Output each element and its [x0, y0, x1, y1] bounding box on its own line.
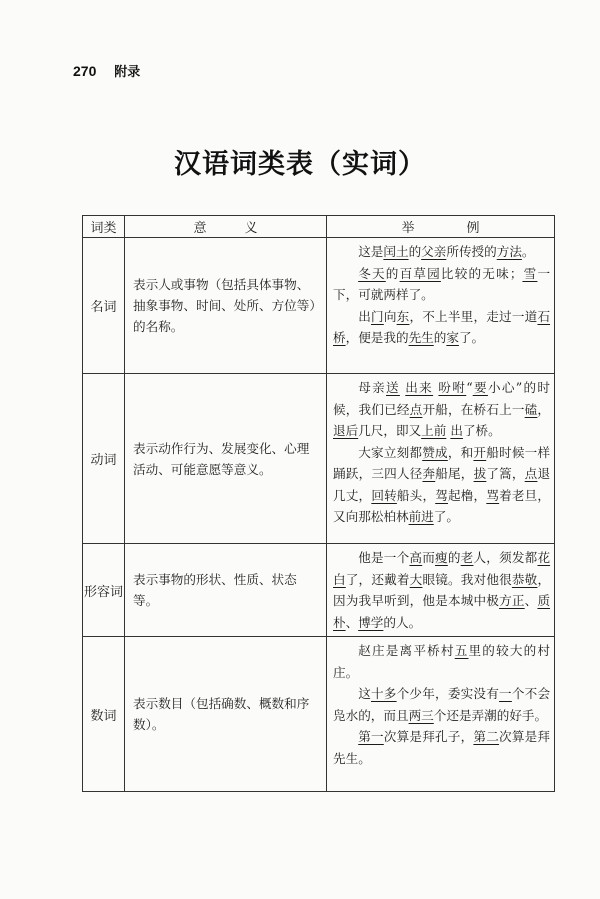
sentence-text: 所传授的 [446, 244, 496, 259]
example-sentence: 赵庄是离平桥村五里的较大的村庄。 [333, 640, 550, 683]
highlighted-word: 送 [386, 380, 400, 395]
sentence-text: 母亲 [358, 380, 386, 395]
highlighted-word: 退后 [333, 423, 358, 438]
sentence-text: 大家立刻都 [358, 445, 422, 460]
sentence-text: 个还是弄潮的好手。 [434, 708, 547, 723]
running-header: 270 附录 [73, 61, 140, 80]
example-sentence: 这十多个少年，委实没有一个不会凫水的，而且两三个还是弄潮的好手。 [333, 683, 550, 726]
sentence-text: 、 [525, 593, 538, 608]
sentence-text: 眼镜。我对他很 [422, 572, 511, 587]
column-header-meaning: 意义 [125, 216, 327, 238]
sentence-text: ，三四人径 [359, 466, 423, 481]
example-sentence: 大家立刻都赞成，和开船时候一样踊跃，三四人径奔船尾，拔了篙，点退几丈，回转船头，… [333, 442, 550, 528]
category-cell: 名词 [83, 238, 125, 374]
highlighted-word: 奔 [422, 466, 435, 481]
sentence-text: 踊跃 [333, 466, 359, 481]
sentence-text: 个少年，委实没有 [397, 686, 499, 701]
highlighted-word: 雪 [522, 266, 537, 281]
example-sentence: 第一次算是拜孔子，第二次算是拜先生。 [333, 726, 550, 769]
highlighted-word: 开 [473, 445, 486, 460]
examples-cell: 他是一个高而瘦的老人，须发都花白了，还戴着大眼镜。我对他很恭敬，因为我早听到，他… [327, 544, 555, 637]
highlighted-word: 前进 [409, 509, 434, 524]
word-class-table: 词类 意义 举例 名词 表示人或事物（包括具体事物、抽象事物、时间、处所、方位等… [82, 215, 555, 792]
example-sentence: 母亲送 出来 吩咐“要小心”的时候，我们已经点开船，在桥石上一磕，退后几尺，即又… [333, 377, 550, 442]
examples-cell: 赵庄是离平桥村五里的较大的村庄。这十多个少年，委实没有一个不会凫水的，而且两三个… [327, 637, 555, 792]
sentence-text: 的人。 [383, 615, 421, 630]
column-header-meaning-label: 意义 [193, 221, 295, 236]
highlighted-word: 一 [499, 686, 512, 701]
highlighted-word: 五 [455, 643, 469, 658]
sentence-text: 的 [386, 266, 400, 281]
highlighted-word: 驾 [435, 488, 448, 503]
highlighted-word: 磕 [525, 402, 538, 417]
sentence-text: 他是一个 [358, 550, 409, 565]
sentence-text: 了篙， [486, 466, 524, 481]
sentence-text: 了，还戴着 [346, 572, 410, 587]
highlighted-word: 高 [409, 550, 422, 565]
sentence-text: 的 [409, 244, 422, 259]
highlighted-word: 第一 [358, 729, 384, 744]
sentence-text: 而 [422, 550, 435, 565]
highlighted-word: 博学 [358, 615, 383, 630]
highlighted-word: 大 [410, 572, 423, 587]
example-sentence: 他是一个高而瘦的老人，须发都花白了，还戴着大眼镜。我对他很恭敬，因为我早听到，他… [333, 547, 550, 633]
sentence-text: 了。 [434, 509, 459, 524]
highlighted-word: 门 [371, 309, 384, 324]
table-header-row: 词类 意义 举例 [83, 216, 555, 238]
page-title: 汉语词类表（实词） [0, 142, 600, 181]
highlighted-word: 恭敬 [512, 572, 538, 587]
highlighted-word: 家 [446, 330, 459, 345]
sentence-text: ，和 [448, 445, 474, 460]
highlighted-word: 点 [525, 466, 538, 481]
sentence-text: 人，须发都 [473, 550, 537, 565]
highlighted-word: 第二 [473, 729, 499, 744]
sentence-text: 的 [448, 550, 461, 565]
sentence-text: 向 [384, 309, 397, 324]
sentence-text: 了。 [459, 330, 484, 345]
page-number: 270 [73, 63, 96, 79]
sentence-text: 的 [434, 330, 447, 345]
sentence-text: 赵庄是离平桥村 [358, 643, 455, 658]
highlighted-word: 东 [397, 309, 410, 324]
highlighted-word: 瘦 [435, 550, 448, 565]
highlighted-word: 吩咐 [438, 380, 466, 395]
sentence-text: 次算是拜孔子， [384, 729, 474, 744]
highlighted-word: 两三 [409, 708, 434, 723]
highlighted-word: 百草园 [400, 266, 441, 281]
sentence-text: 起橹， [448, 488, 486, 503]
highlighted-word: 赞成 [422, 445, 448, 460]
highlighted-word: 拔 [474, 466, 487, 481]
sentence-text: 开船，在桥石上一 [422, 402, 524, 417]
sentence-text: 船尾， [435, 466, 473, 481]
highlighted-word: 父亲 [421, 244, 446, 259]
highlighted-word: 骂 [486, 488, 499, 503]
highlighted-word: 先生 [409, 330, 434, 345]
highlighted-word: 冬天 [358, 266, 386, 281]
table-row: 名词 表示人或事物（包括具体事物、抽象事物、时间、处所、方位等）的名称。 这是闰… [83, 238, 555, 374]
highlighted-word: 出 [450, 423, 463, 438]
table-row: 动词 表示动作行为、发展变化、心理活动、可能意愿等意义。 母亲送 出来 吩咐“要… [83, 374, 555, 544]
highlighted-word: 方正 [499, 593, 525, 608]
example-sentence: 冬天的百草园比较的无味；雪一下，可就两样了。 [333, 263, 550, 306]
table-row: 形容词 表示事物的形状、性质、状态等。 他是一个高而瘦的老人，须发都花白了，还戴… [83, 544, 555, 637]
sentence-text: ， [537, 402, 550, 417]
sentence-text: 了桥。 [463, 423, 501, 438]
highlighted-word: 要 [473, 380, 488, 395]
sentence-text: ，不上半里，走过一道 [409, 309, 537, 324]
column-header-examples: 举例 [327, 216, 555, 238]
meaning-cell: 表示数目（包括确数、概数和序数）。 [125, 637, 327, 792]
column-header-category: 词类 [83, 216, 125, 238]
column-header-examples-label: 举例 [401, 221, 531, 236]
category-cell: 数词 [83, 637, 125, 792]
highlighted-word: 老 [461, 550, 474, 565]
category-cell: 动词 [83, 374, 125, 544]
sentence-text: 。 [522, 244, 535, 259]
example-sentence: 这是闰土的父亲所传授的方法。 [333, 241, 550, 263]
examples-cell: 母亲送 出来 吩咐“要小心”的时候，我们已经点开船，在桥石上一磕，退后几尺，即又… [327, 374, 555, 544]
sentence-text: 出 [358, 309, 371, 324]
sentence-text: 几尺，即又 [358, 423, 421, 438]
highlighted-word: 十多 [371, 686, 397, 701]
meaning-cell: 表示人或事物（包括具体事物、抽象事物、时间、处所、方位等）的名称。 [125, 238, 327, 374]
example-sentence: 出门向东，不上半里，走过一道石桥，便是我的先生的家了。 [333, 306, 550, 349]
category-cell: 形容词 [83, 544, 125, 637]
sentence-text: 这是 [358, 244, 383, 259]
sentence-text: 船头， [397, 488, 435, 503]
sentence-text: ，便是我的 [346, 330, 409, 345]
highlighted-word: 上前 [421, 423, 446, 438]
highlighted-word: 点 [410, 402, 423, 417]
table-row: 数词 表示数目（包括确数、概数和序数）。 赵庄是离平桥村五里的较大的村庄。这十多… [83, 637, 555, 792]
meaning-cell: 表示事物的形状、性质、状态等。 [125, 544, 327, 637]
meaning-cell: 表示动作行为、发展变化、心理活动、可能意愿等意义。 [125, 374, 327, 544]
highlighted-word: 方法 [497, 244, 522, 259]
examples-cell: 这是闰土的父亲所传授的方法。冬天的百草园比较的无味；雪一下，可就两样了。出门向东… [327, 238, 555, 374]
highlighted-word: 回转 [371, 488, 397, 503]
sentence-text: 船时候一样 [486, 445, 550, 460]
highlighted-word: 闰土 [383, 244, 408, 259]
sentence-text: 、 [346, 615, 359, 630]
highlighted-word: 出来 [405, 380, 433, 395]
sentence-text: 这 [358, 686, 371, 701]
sentence-text: 比较的无味； [441, 266, 523, 281]
section-label: 附录 [114, 64, 140, 79]
